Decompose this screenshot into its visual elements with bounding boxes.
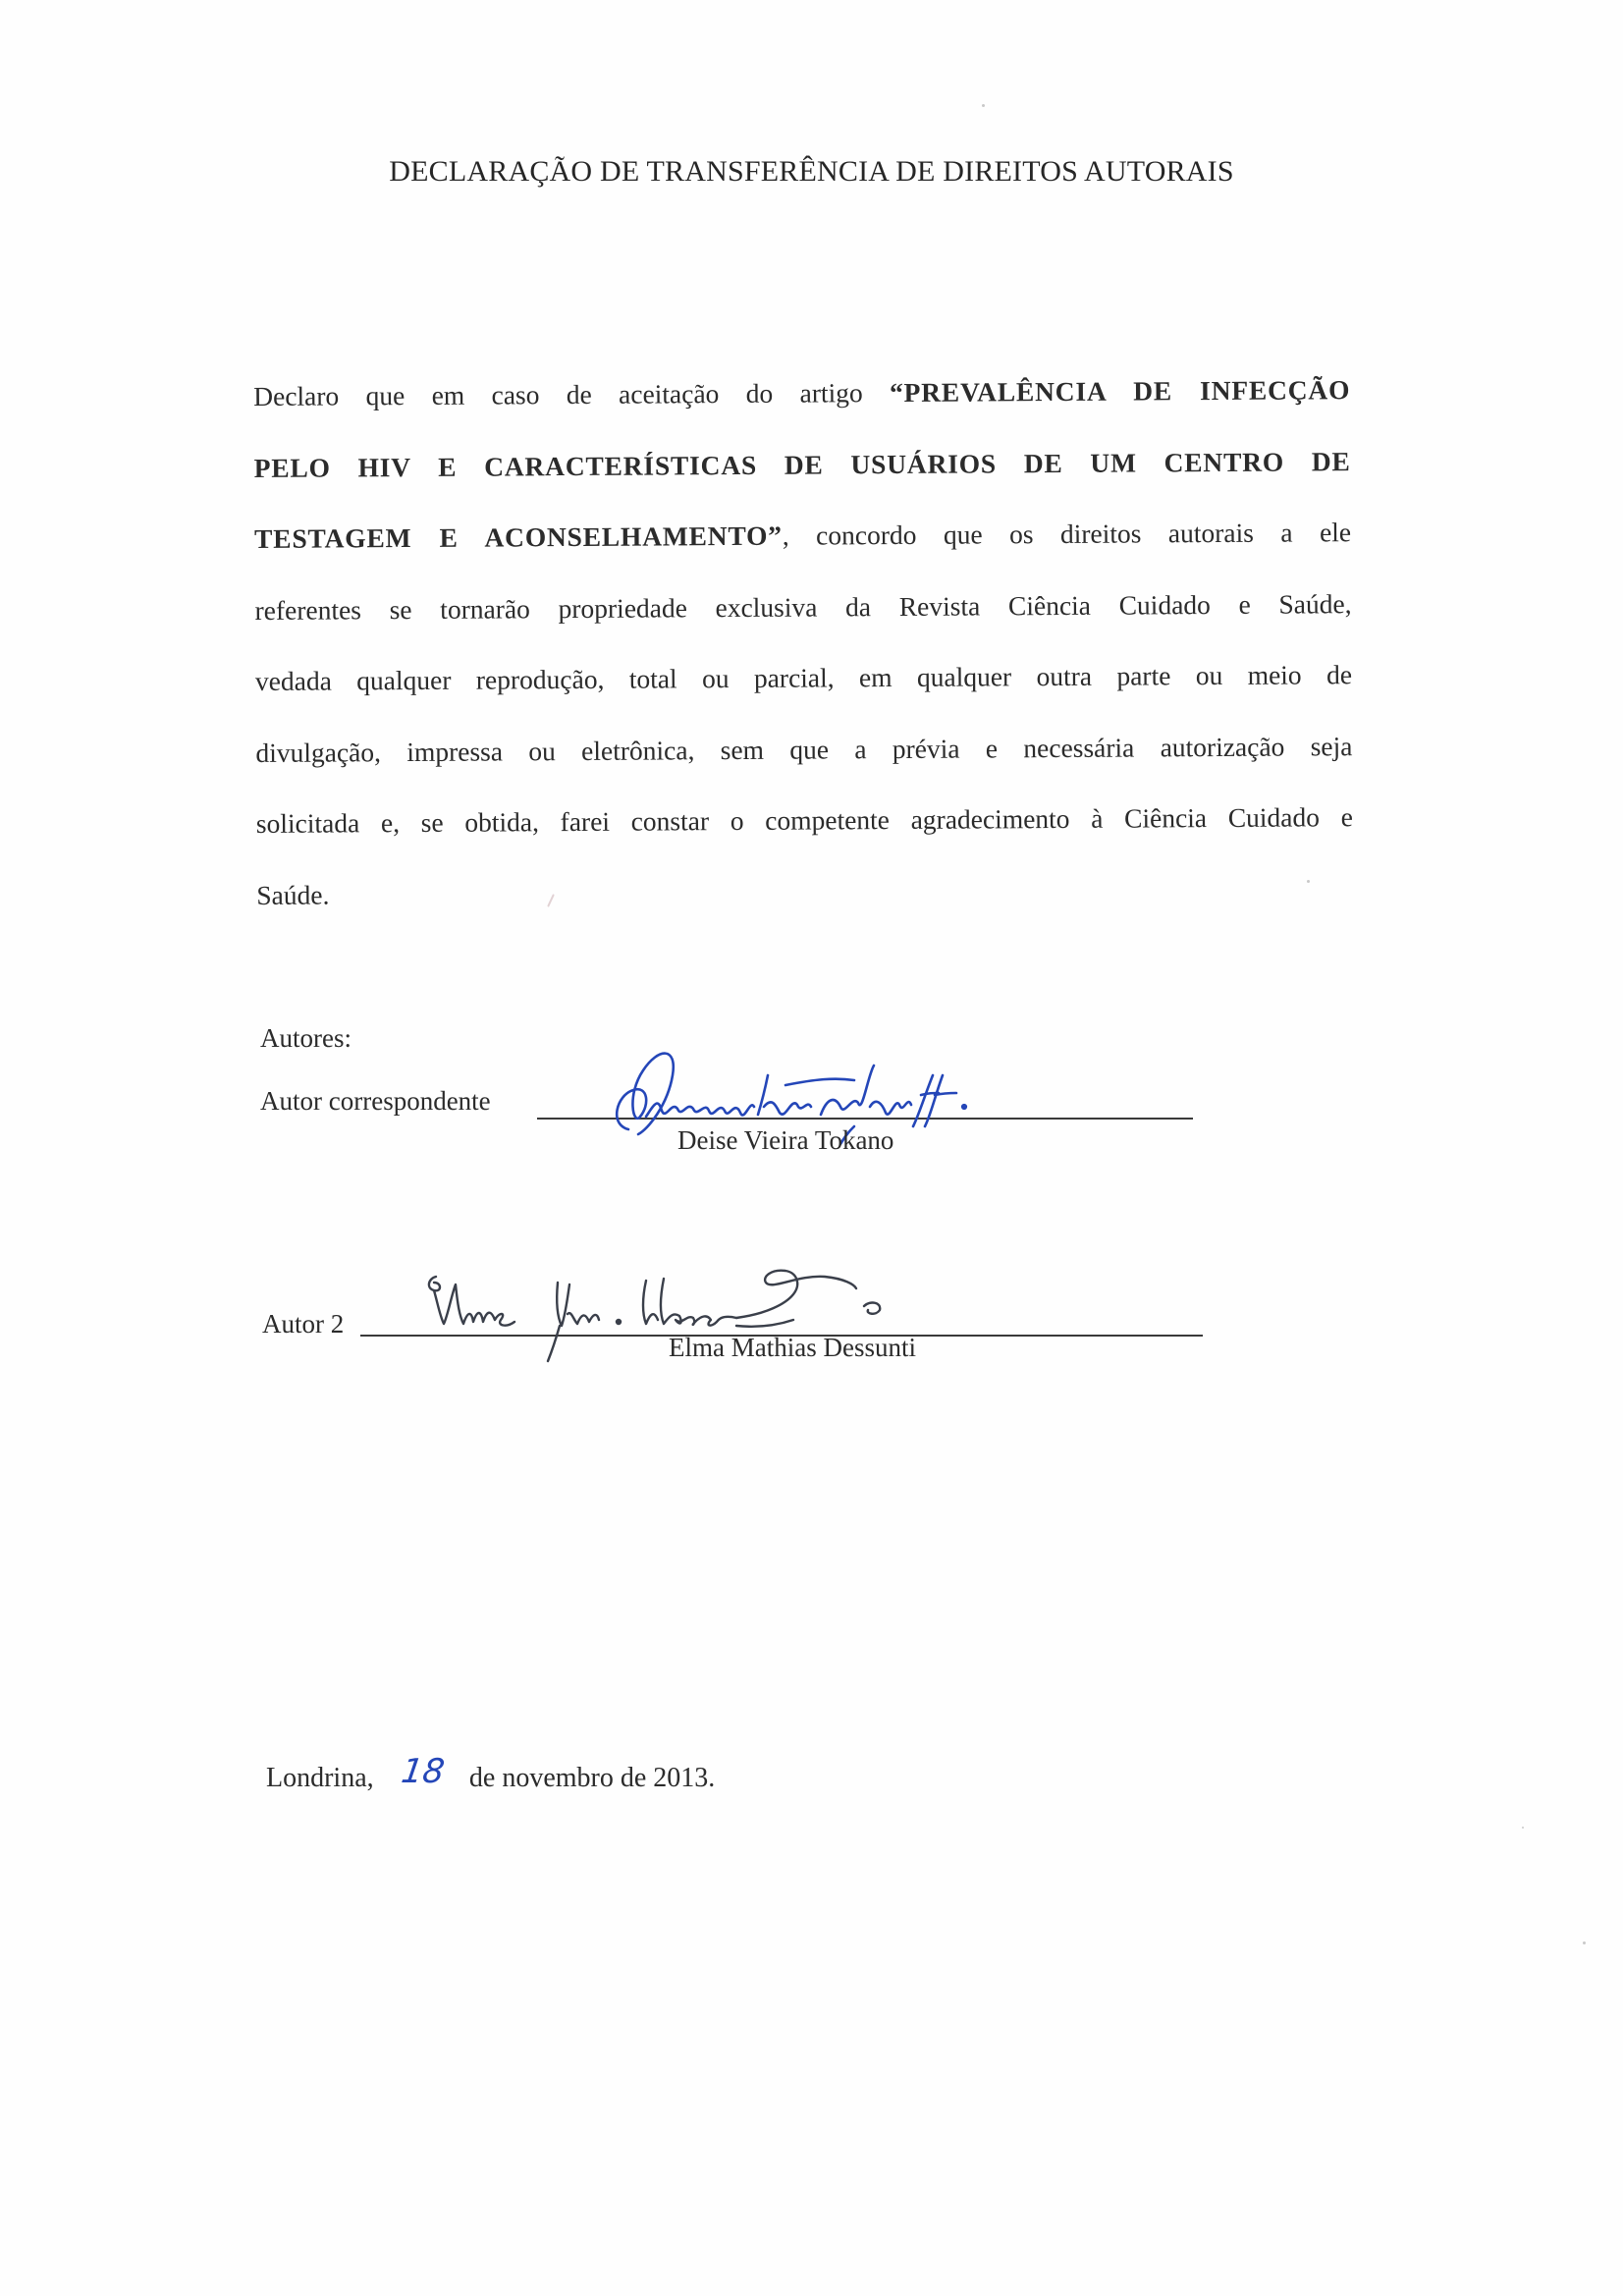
article-title-text: “PREVALÊNCIA DE INFECÇÃO bbox=[890, 374, 1350, 408]
printed-name-author-2: Elma Mathias Dessunti bbox=[669, 1333, 916, 1363]
body-text-segment: vedada qualquer reprodução, total ou par… bbox=[255, 659, 1352, 696]
body-line: TESTAGEM E ACONSELHAMENTO”, concordo que… bbox=[254, 497, 1351, 574]
article-title-text: PELO HIV E CARACTERÍSTICAS DE USUÁRIOS D… bbox=[254, 446, 1351, 483]
scan-speck bbox=[982, 104, 985, 107]
body-text-segment: , concordo que os direitos autorais a el… bbox=[783, 517, 1351, 551]
body-text-segment: referentes se tornarão propriedade exclu… bbox=[254, 588, 1351, 626]
handwritten-day: 18 bbox=[399, 1752, 447, 1791]
printed-name-corresponding-author: Deise Vieira Tokano bbox=[677, 1125, 893, 1156]
month-year: de novembro de 2013. bbox=[469, 1763, 715, 1793]
declaration-body: Declaro que em caso de aceitação do arti… bbox=[253, 355, 1354, 931]
authors-label: Autores: bbox=[260, 1023, 352, 1054]
role-label: Autor correspondente bbox=[260, 1086, 491, 1117]
document-title: DECLARAÇÃO DE TRANSFERÊNCIA DE DIREITOS … bbox=[0, 155, 1623, 189]
body-text-segment: Declaro que em caso de aceitação do arti… bbox=[253, 377, 890, 411]
body-text-segment: solicitada e, se obtida, farei constar o… bbox=[256, 801, 1353, 839]
body-line: referentes se tornarão propriedade exclu… bbox=[254, 569, 1351, 646]
body-line: Saúde. bbox=[256, 853, 1353, 931]
scan-speck bbox=[1307, 880, 1310, 883]
body-text-segment: divulgação, impressa ou eletrônica, sem … bbox=[255, 731, 1352, 768]
role-label: Autor 2 bbox=[262, 1309, 344, 1339]
city: Londrina, bbox=[266, 1763, 374, 1793]
body-text-segment: Saúde. bbox=[256, 879, 329, 909]
place-and-date: Londrina,18de novembro de 2013. bbox=[266, 1756, 715, 1795]
signature-line bbox=[537, 1118, 1193, 1120]
scan-speck bbox=[1583, 1941, 1586, 1944]
scan-speck bbox=[1522, 1827, 1524, 1829]
body-line: vedada qualquer reprodução, total ou par… bbox=[255, 639, 1352, 717]
body-line: solicitada e, se obtida, farei constar o… bbox=[256, 782, 1353, 859]
body-line: PELO HIV E CARACTERÍSTICAS DE USUÁRIOS D… bbox=[253, 426, 1350, 504]
document-page: DECLARAÇÃO DE TRANSFERÊNCIA DE DIREITOS … bbox=[0, 0, 1623, 2296]
body-line: divulgação, impressa ou eletrônica, sem … bbox=[255, 711, 1352, 789]
article-title-text: TESTAGEM E ACONSELHAMENTO” bbox=[254, 520, 783, 554]
body-line: Declaro que em caso de aceitação do arti… bbox=[253, 355, 1350, 432]
